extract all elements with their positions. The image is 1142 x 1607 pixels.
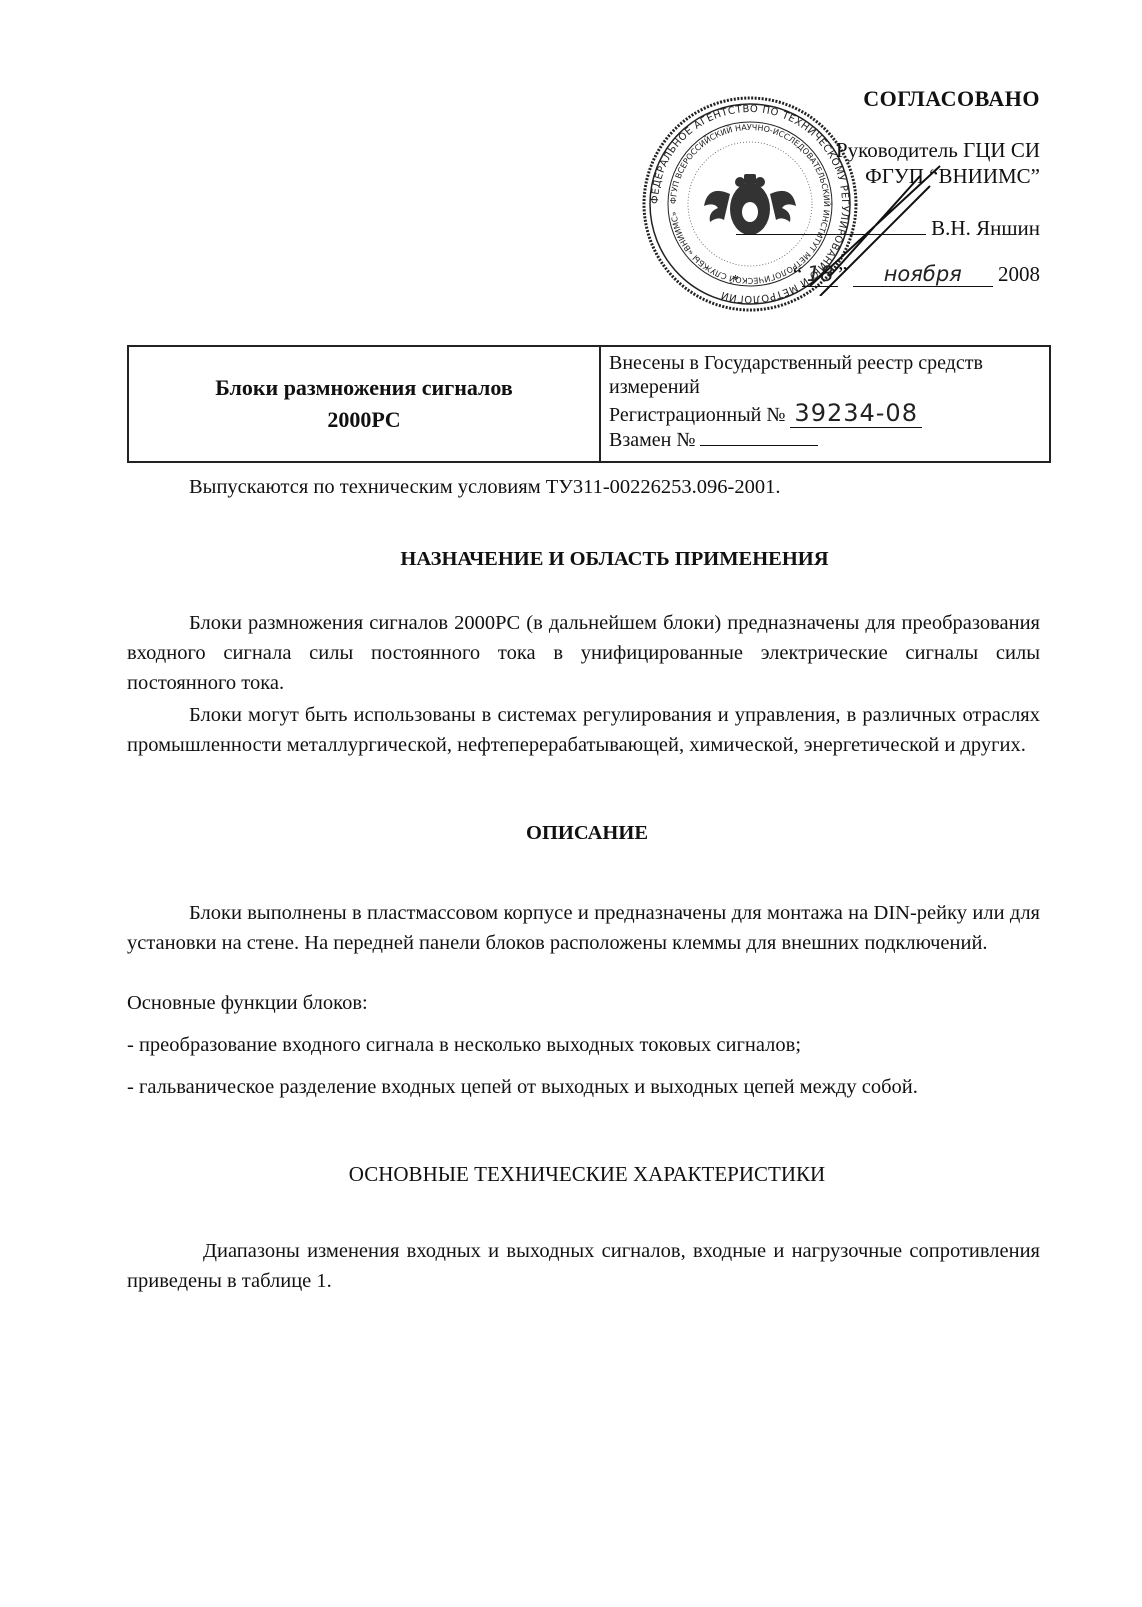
registry-line1: Внесены в Государственный реестр средств bbox=[609, 351, 1041, 375]
heading-purpose: НАЗНАЧЕНИЕ И ОБЛАСТЬ ПРИМЕНЕНИЯ bbox=[127, 548, 1102, 571]
product-title: Блоки размножения сигналов 2000PC bbox=[129, 347, 601, 461]
replace-label: Взамен № bbox=[609, 429, 695, 451]
function-item-1: - преобразование входного сигнала в неск… bbox=[127, 1030, 1040, 1060]
registration-number: 39234-08 bbox=[790, 399, 922, 428]
functions-label: Основные функции блоков: bbox=[127, 988, 1040, 1018]
purpose-paragraph-2: Блоки могут быть использованы в системах… bbox=[127, 700, 1040, 760]
approval-block: СОГЛАСОВАНО Руководитель ГЦИ СИ ФГУП “ВН… bbox=[640, 86, 1040, 296]
specs-paragraph-1: Диапазоны изменения входных и выходных с… bbox=[127, 1236, 1040, 1296]
registration-label: Регистрационный № bbox=[609, 404, 785, 426]
description-paragraph-1: Блоки выполнены в пластмассовом корпусе … bbox=[127, 898, 1040, 958]
heading-specs: ОСНОВНЫЕ ТЕХНИЧЕСКИЕ ХАРАКТЕРИСТИКИ bbox=[127, 1162, 1047, 1187]
purpose-paragraph-1: Блоки размножения сигналов 2000PC (в дал… bbox=[127, 608, 1040, 698]
registry-line2: измерений bbox=[609, 375, 1041, 399]
date-year: 2008 bbox=[998, 262, 1040, 286]
signature-stroke-icon bbox=[800, 146, 950, 296]
registry-info: Внесены в Государственный реестр средств… bbox=[601, 347, 1049, 461]
function-item-2: - гальваническое разделение входных цепе… bbox=[127, 1072, 1040, 1102]
approval-title: СОГЛАСОВАНО bbox=[863, 86, 1040, 112]
registration-row: Регистрационный № 39234-08 bbox=[609, 399, 1041, 428]
replace-row: Взамен № bbox=[609, 428, 1041, 452]
tu-line: Выпускаются по техническим условиям ТУ31… bbox=[189, 472, 1049, 502]
replace-blank bbox=[700, 429, 818, 446]
registry-box: Блоки размножения сигналов 2000PC Внесен… bbox=[127, 345, 1051, 463]
product-model: 2000PC bbox=[327, 404, 400, 436]
product-name: Блоки размножения сигналов bbox=[215, 372, 512, 404]
heading-description: ОПИСАНИЕ bbox=[127, 822, 1047, 845]
